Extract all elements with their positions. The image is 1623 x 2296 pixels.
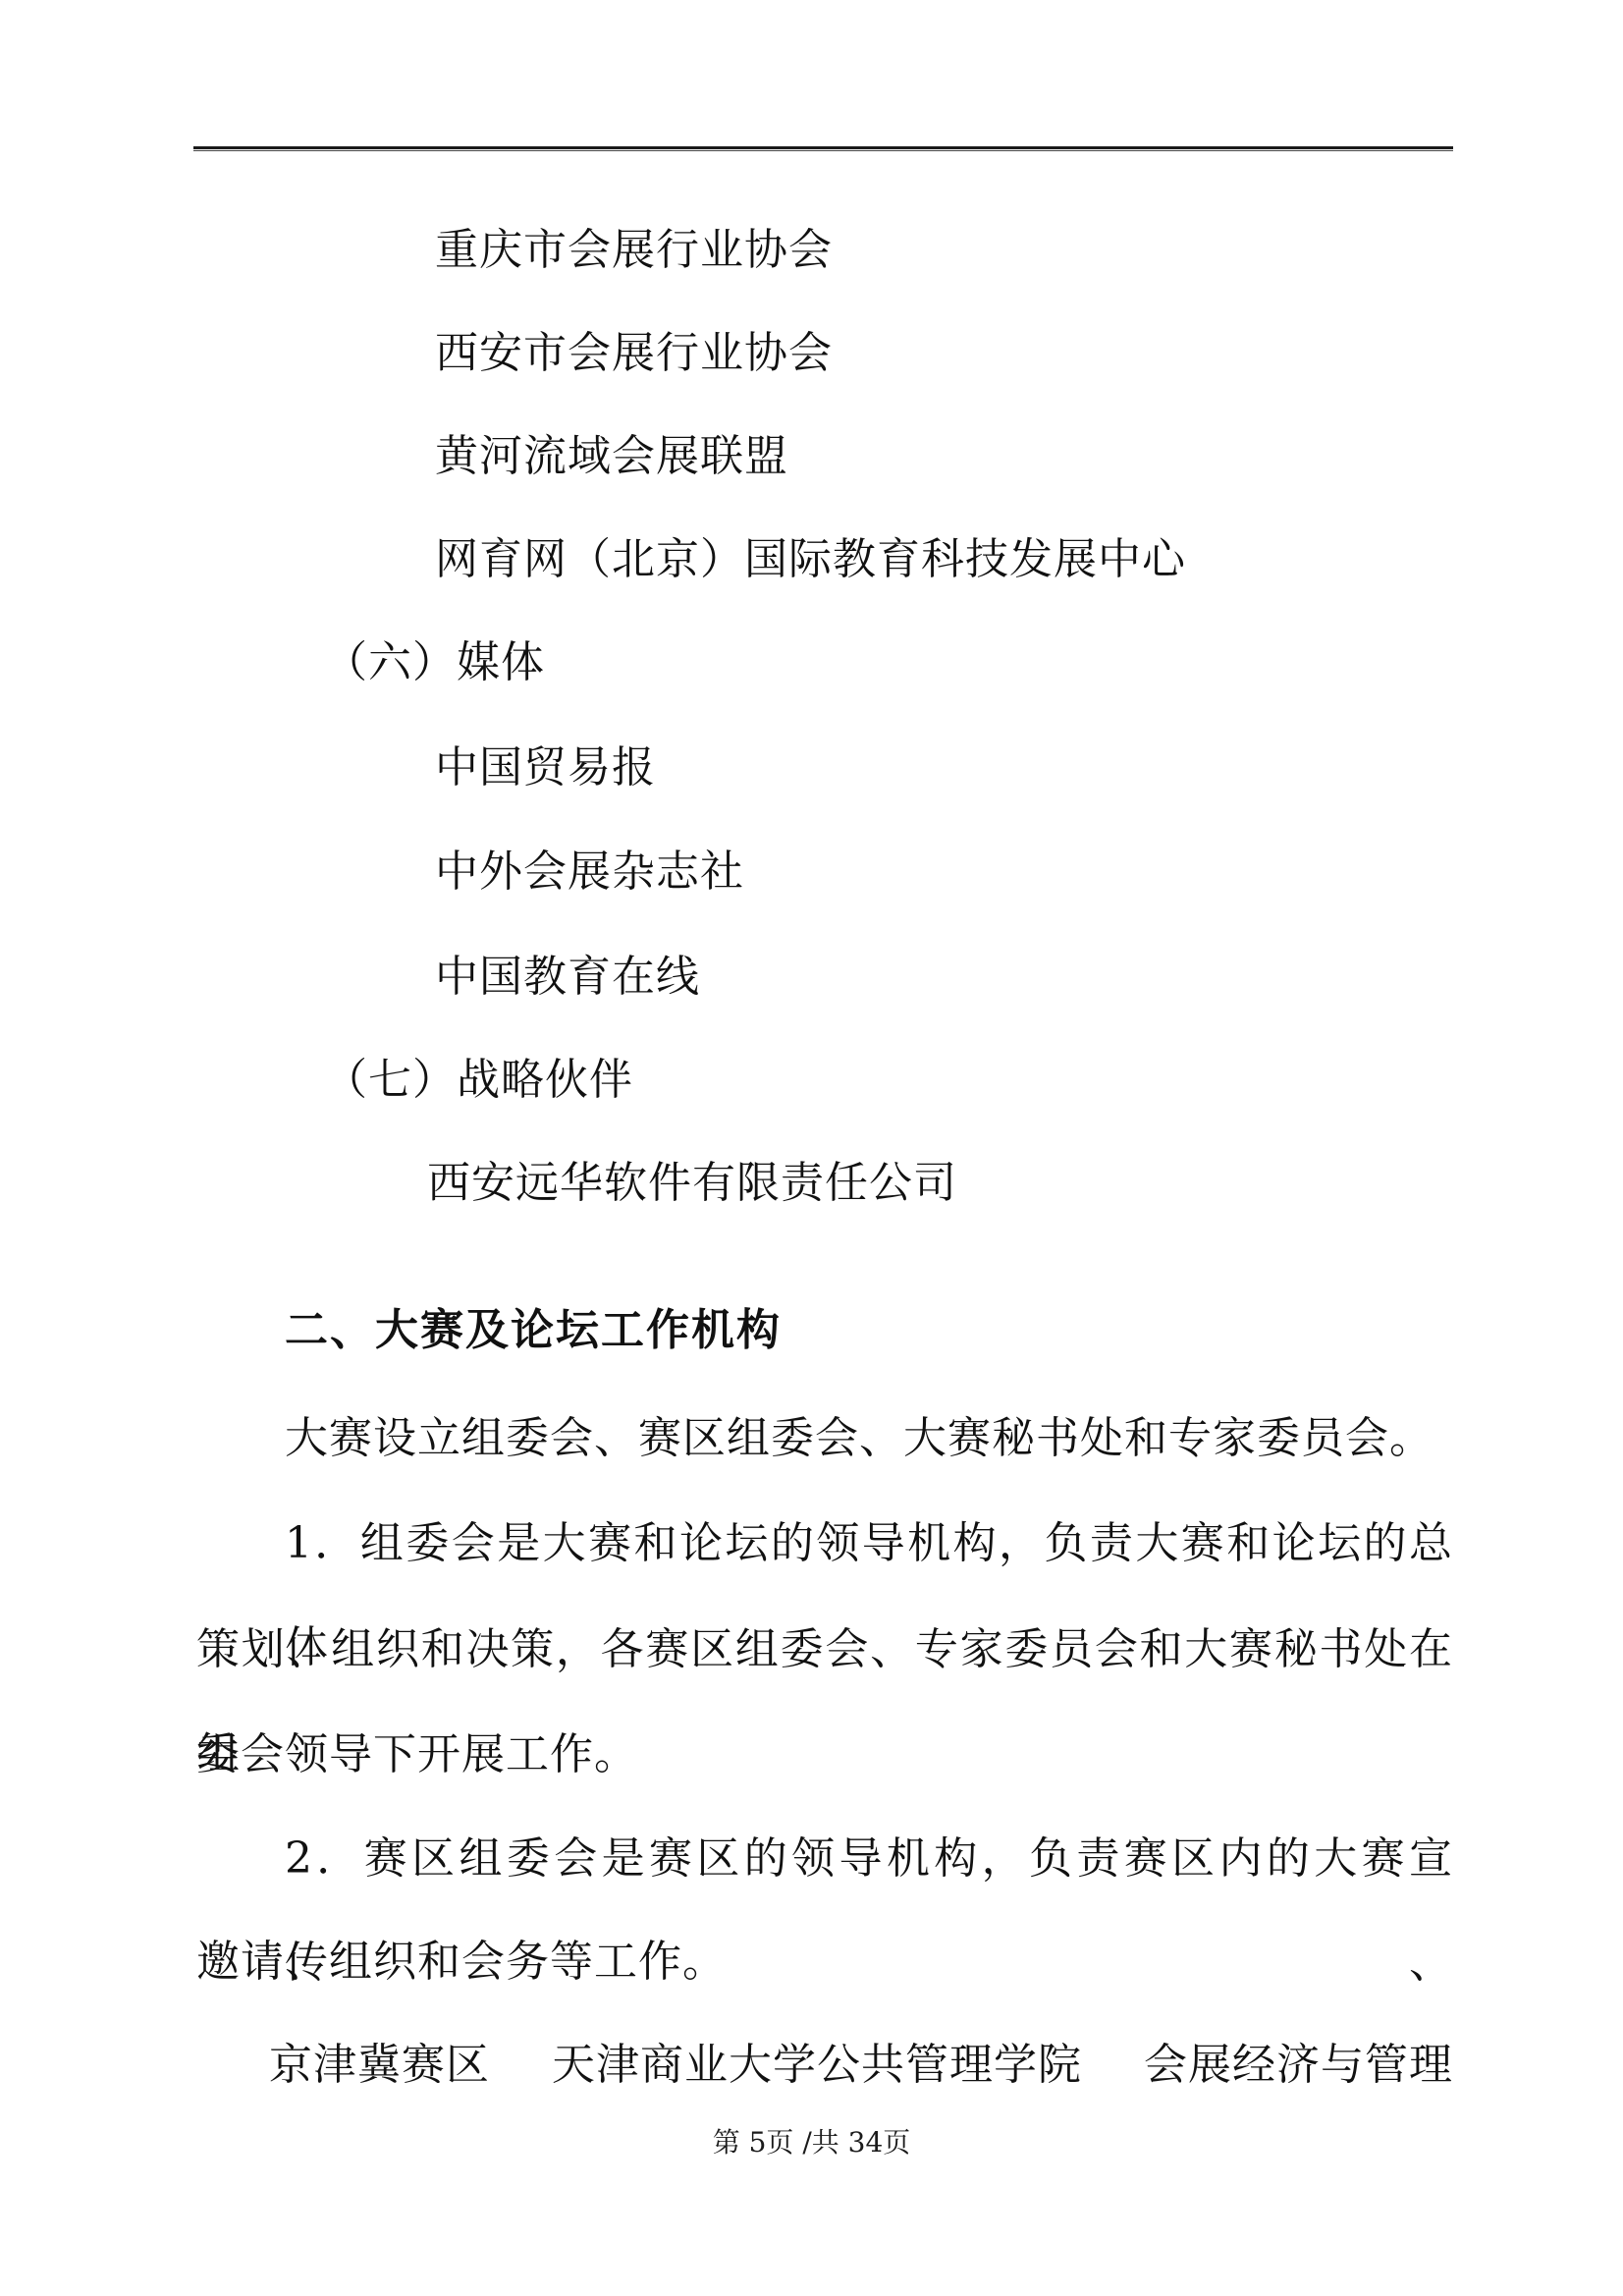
header-divider-line — [193, 146, 1453, 151]
body-paragraph-line: 1．组委会是大赛和论坛的领导机构，负责大赛和论坛的总体 — [285, 1492, 1453, 1596]
body-paragraph-line: 邀请、组织和会务等工作。 — [196, 1910, 727, 2014]
document-page: 重庆市会展行业协会 西安市会展行业协会 黄河流域会展联盟 网育网（北京）国际教育… — [0, 0, 1623, 2296]
region-major: 会展经济与管理 — [1144, 2013, 1453, 2117]
page-number-footer: 第 5页 /共 34页 — [0, 2123, 1623, 2162]
org-line: 重庆市会展行业协会 — [435, 198, 833, 302]
org-line: 西安远华软件有限责任公司 — [427, 1131, 957, 1235]
org-line: 中外会展杂志社 — [435, 820, 744, 924]
subsection-heading-strategic-partner: （七）战略伙伴 — [324, 1028, 633, 1132]
body-paragraph-line: 委会领导下开展工作。 — [196, 1703, 638, 1807]
body-paragraph-line: 大赛设立组委会、赛区组委会、大赛秘书处和专家委员会。 — [285, 1387, 1434, 1491]
body-paragraph-line: 2．赛区组委会是赛区的领导机构，负责赛区内的大赛宣传、 — [285, 1807, 1453, 1911]
body-paragraph-line: 策划、组织和决策，各赛区组委会、专家委员会和大赛秘书处在组 — [196, 1598, 1453, 1702]
org-line: 中国教育在线 — [435, 925, 700, 1029]
org-line: 网育网（北京）国际教育科技发展中心 — [435, 508, 1186, 612]
org-line: 西安市会展行业协会 — [435, 301, 833, 406]
region-name: 京津冀赛区 — [269, 2013, 490, 2117]
subsection-heading-media: （六）媒体 — [324, 611, 545, 715]
region-school: 天津商业大学公共管理学院 — [552, 2013, 1082, 2117]
org-line: 中国贸易报 — [435, 716, 656, 820]
org-line: 黄河流域会展联盟 — [435, 405, 788, 509]
section-heading: 二、大赛及论坛工作机构 — [285, 1279, 782, 1383]
region-assignment-row: 京津冀赛区 天津商业大学公共管理学院 会展经济与管理 — [269, 2013, 1453, 2117]
